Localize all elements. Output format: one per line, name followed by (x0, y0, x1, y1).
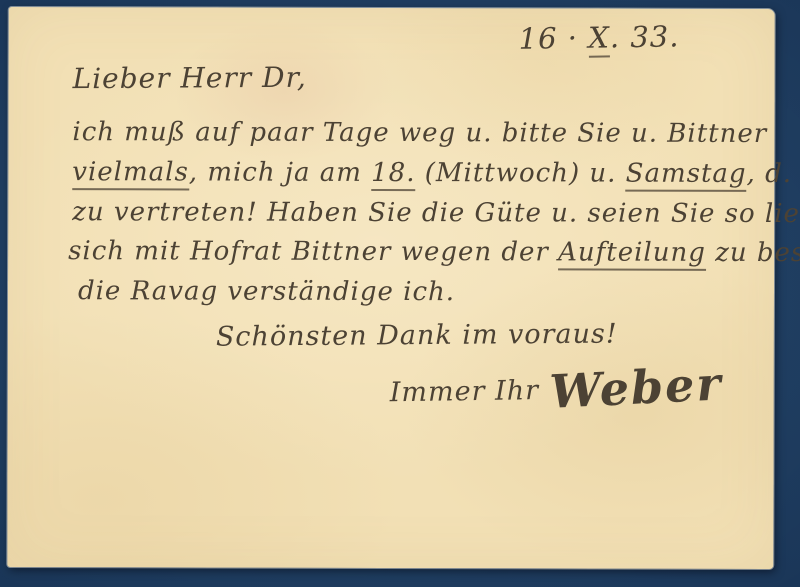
body-text: die Ravag verständige ich. (78, 276, 455, 307)
body-text: zu vertreten! Haben Sie die Güte u. seie… (72, 197, 800, 229)
signoff-phrase: Immer Ihr (389, 375, 539, 410)
date-line: 16 · X. 33. (518, 19, 679, 56)
date-year: . 33. (610, 19, 680, 54)
body-line-3: zu vertreten! Haben Sie die Güte u. seie… (72, 197, 800, 230)
body-line-5: die Ravag verständige ich. (78, 276, 455, 308)
closing-thanks: Schönsten Dank im voraus! (216, 318, 618, 354)
body-text: zu besprechen! (706, 238, 800, 269)
body-text: , d. (747, 159, 800, 189)
underlined-word-samstag: Samstag (626, 159, 747, 192)
body-text: , mich ja am (189, 157, 371, 187)
date-day: 16 · (518, 21, 588, 56)
postcard-scan: 16 · X. 33. Lieber Herr Dr, ich muß auf … (7, 7, 774, 569)
body-line-1: ich muß auf paar Tage weg u. bitte Sie u… (72, 117, 767, 150)
body-line-4: sich mit Hofrat Bittner wegen der Auftei… (68, 236, 800, 269)
body-text: ich muß auf paar Tage weg u. bitte Sie u… (72, 117, 767, 149)
underlined-date-18: 18. (371, 158, 415, 191)
scan-background-mat: 16 · X. 33. Lieber Herr Dr, ich muß auf … (0, 0, 800, 587)
date-month-roman: X (588, 20, 610, 57)
underlined-word-aufteilung: Aufteilung (558, 237, 706, 270)
body-line-2: vielmals, mich ja am 18. (Mittwoch) u. S… (72, 157, 800, 190)
underlined-word-vielmals: vielmals (72, 157, 189, 190)
signature-weber: Weber (548, 356, 723, 420)
body-text: sich mit Hofrat Bittner wegen der (68, 236, 558, 267)
salutation: Lieber Herr Dr, (72, 61, 306, 96)
body-text: (Mittwoch) u. (415, 158, 625, 189)
